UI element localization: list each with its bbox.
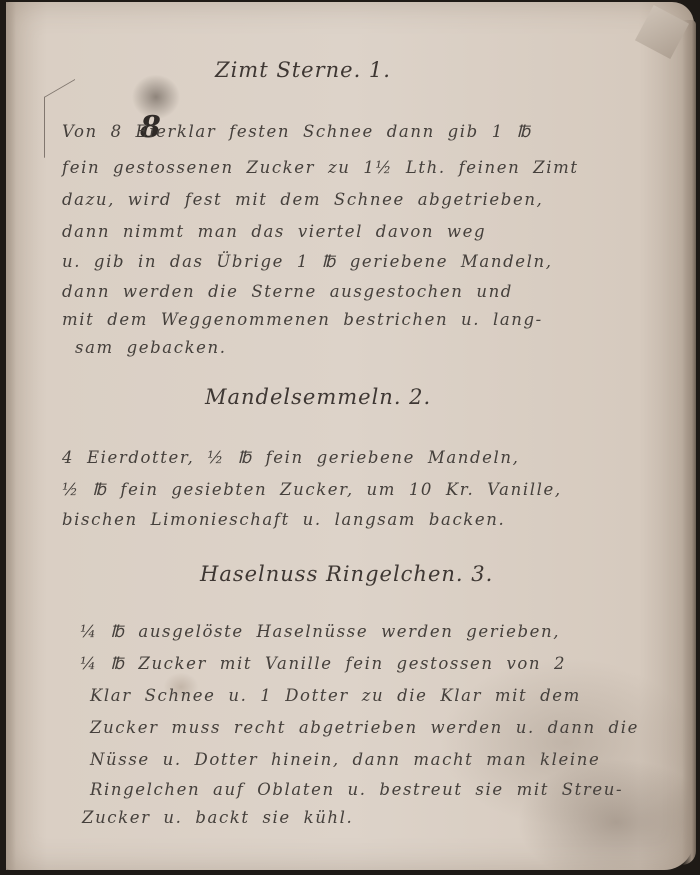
recipe-line: mit dem Weggenommenen bestrichen u. lang…	[62, 310, 543, 329]
recipe-line: ¼ ℔ Zucker mit Vanille fein gestossen vo…	[80, 654, 566, 673]
recipe-line: bischen Limonieschaft u. langsam backen.	[62, 510, 505, 529]
recipe-line: dann nimmt man das viertel davon weg	[62, 222, 486, 241]
recipe-line: dazu, wird fest mit dem Schnee abgetrieb…	[62, 190, 543, 209]
recipe-line: 4 Eierdotter, ½ ℔ fein geriebene Mandeln…	[62, 448, 519, 467]
recipe-title-mandelsemmeln: Mandelsemmeln. 2.	[205, 385, 431, 409]
recipe-line: u. gib in das Übrige 1 ℔ geriebene Mande…	[62, 252, 553, 271]
recipe-title-haselnuss-ringelchen: Haselnuss Ringelchen. 3.	[200, 562, 493, 586]
page-binding-edge	[6, 2, 16, 870]
recipe-line: Ringelchen auf Oblaten u. bestreut sie m…	[90, 780, 623, 799]
recipe-line: sam gebacken.	[75, 338, 227, 357]
recipe-line: Zucker u. backt sie kühl.	[82, 808, 353, 827]
recipe-line: Klar Schnee u. 1 Dotter zu die Klar mit …	[90, 686, 581, 705]
recipe-line: dann werden die Sterne ausgestochen und	[62, 282, 513, 301]
recipe-line: ¼ ℔ ausgelöste Haselnüsse werden geriebe…	[80, 622, 560, 641]
recipe-line: Von 8 Eierklar festen Schnee dann gib 1 …	[62, 122, 532, 141]
recipe-title-zimtsterne: Zimt Sterne. 1.	[215, 58, 391, 82]
recipe-line: Zucker muss recht abgetrieben werden u. …	[90, 718, 639, 737]
recipe-line: ½ ℔ fein gesiebten Zucker, um 10 Kr. Van…	[62, 480, 562, 499]
recipe-line: Nüsse u. Dotter hinein, dann macht man k…	[90, 750, 600, 769]
page-worn-edge	[682, 20, 696, 865]
recipe-line: fein gestossenen Zucker zu 1½ Lth. feine…	[62, 158, 579, 177]
